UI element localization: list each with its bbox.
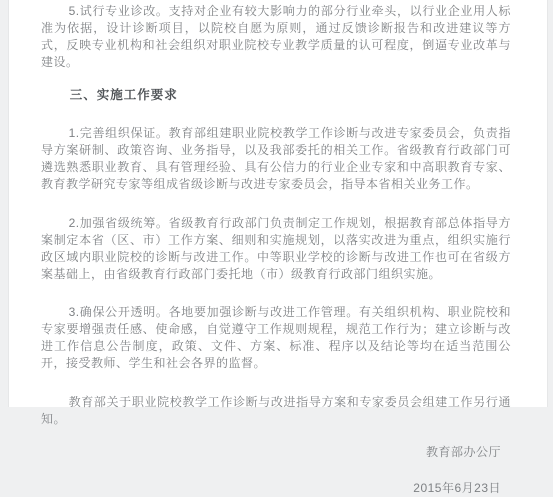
document-content: 5.试行专业诊改。支持对企业有较大影响力的部分行业牵头，以行业企业用人标准为依据… [9,3,547,407]
paragraph-organizational-guarantee: 1.完善组织保证。教育部组建职业院校教学工作诊断与改进专家委员会，负责指导方案研… [41,125,511,193]
paragraph-openness-transparency: 3.确保公开透明。各地要加强诊断与改进工作管理。有关组织机构、职业院校和专家要增… [41,304,511,372]
paragraph-trial-diagnosis: 5.试行专业诊改。支持对企业有较大影响力的部分行业牵头，以行业企业用人标准为依据… [41,3,511,71]
document-page: 5.试行专业诊改。支持对企业有较大影响力的部分行业牵头，以行业企业用人标准为依据… [8,0,548,407]
paragraph-separate-notice: 教育部关于职业院校教学工作诊断与改进指导方案和专家委员会组建工作另行通知。 [41,394,511,407]
paragraph-provincial-coordination: 2.加强省级统筹。省级教育行政部门负责制定工作规划，根据教育部总体指导方案制定本… [41,215,511,283]
section-heading-implementation-requirements: 三、实施工作要求 [41,87,511,104]
